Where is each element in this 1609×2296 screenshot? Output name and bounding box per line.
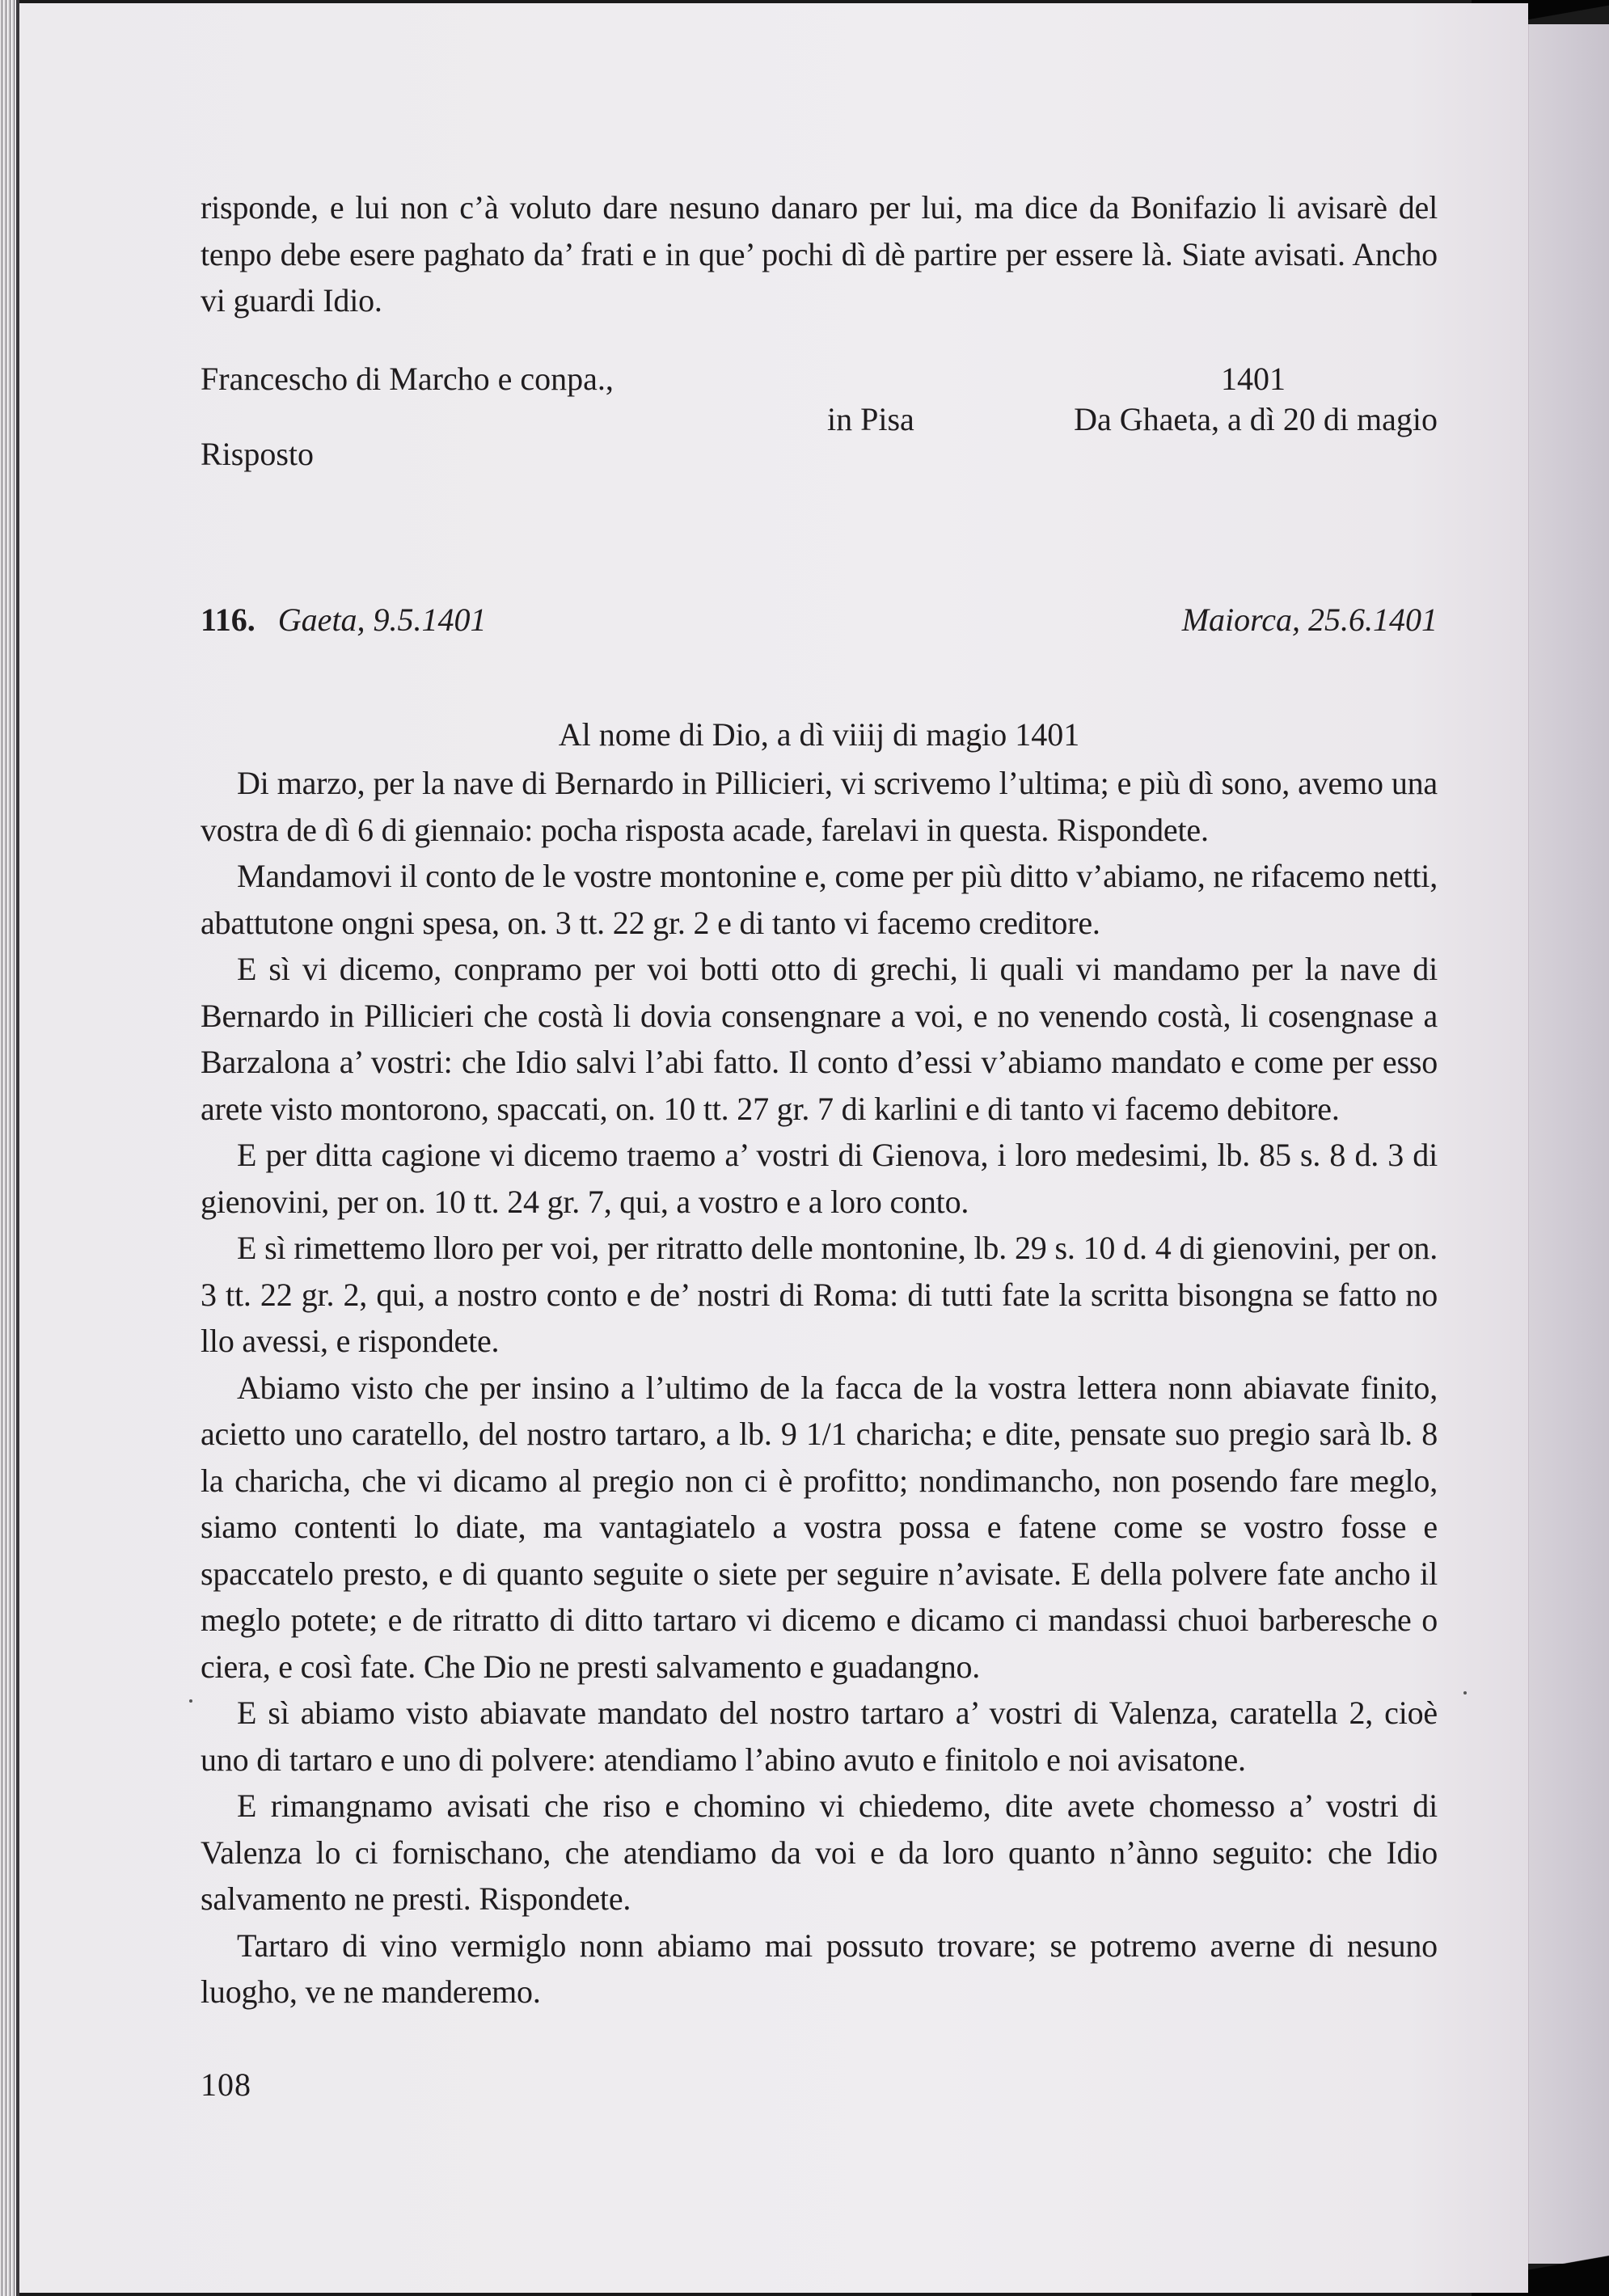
page-stack-edges xyxy=(0,0,19,2296)
invocation-text: Al nome di Dio, a dì viiij di magio 1401 xyxy=(559,716,1079,753)
letter-paragraph: Tartaro di vino vermiglo nonn abiamo mai… xyxy=(201,1922,1438,2015)
letter-paragraph: E sì rimettemo lloro per voi, per ritrat… xyxy=(201,1225,1438,1365)
page-number: 108 xyxy=(201,2066,251,2104)
address-year: 1401 xyxy=(1221,356,1286,402)
letter-sent: Gaeta, 9.5.1401 xyxy=(278,601,487,638)
letter-number: 116. xyxy=(201,601,255,638)
letter-paragraph: E rimangnamo avisati che riso e chomino … xyxy=(201,1783,1438,1922)
letter-paragraph: Di marzo, per la nave di Bernardo in Pil… xyxy=(201,760,1438,853)
letter-paragraph: E sì vi dicemo, conpramo per voi botti o… xyxy=(201,946,1438,1132)
letter-paragraph: E sì abiamo visto abiavate mandato del n… xyxy=(201,1690,1438,1783)
margin-mark xyxy=(189,1699,192,1703)
letter-received: Maiorca, 25.6.1401 xyxy=(1182,597,1438,643)
continuation-block: risponde, e lui non c’à voluto dare nesu… xyxy=(201,184,1438,324)
continuation-paragraph: risponde, e lui non c’à voluto dare nesu… xyxy=(201,184,1438,324)
address-recipient: Francescho di Marcho e conpa., xyxy=(201,361,614,397)
letter-paragraph: E per ditta cagione vi dicemo traemo a’ … xyxy=(201,1132,1438,1225)
letter-invocation: Al nome di Dio, a dì viiij di magio 1401 xyxy=(201,711,1438,758)
address-line-1: Francescho di Marcho e conpa., 1401 xyxy=(201,356,1438,402)
address-line-3: Risposto xyxy=(201,431,1438,477)
letter-body: Di marzo, per la nave di Bernardo in Pil… xyxy=(201,760,1438,2015)
facing-page-edge xyxy=(1528,24,1609,2264)
letter-heading: 116. Gaeta, 9.5.1401 Maiorca, 25.6.1401 xyxy=(201,597,1438,643)
reply-note: Risposto xyxy=(201,436,314,472)
letter-paragraph: Mandamovi il conto de le vostre montonin… xyxy=(201,853,1438,946)
letter-paragraph: Abiamo visto che per insino a l’ultimo d… xyxy=(201,1365,1438,1690)
margin-mark xyxy=(1463,1691,1467,1695)
